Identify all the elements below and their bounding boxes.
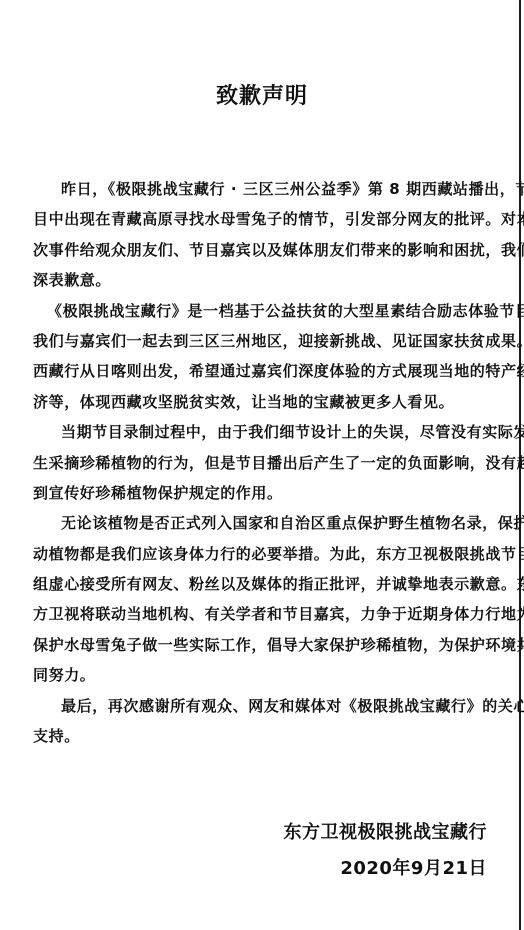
paragraph-line: 保护水母雪兔子做一些实际工作，倡导大家保护珍稀植物，为保护环境共 bbox=[33, 630, 493, 660]
paragraph-line: 西藏行从日喀则出发，希望通过嘉宾们深度体验的方式展现当地的特产经 bbox=[33, 356, 493, 386]
paragraph-line: 到宣传好珍稀植物保护规定的作用。 bbox=[33, 478, 493, 508]
signature-organization: 东方卫视极限挑战宝藏行 bbox=[284, 818, 488, 844]
paragraph-2: 《极限挑战宝藏行》是一档基于公益扶贫的大型星素结合励志体验节目， 我们与嘉宾们一… bbox=[33, 296, 493, 418]
paragraph-line: 目中出现在青藏高原寻找水母雪兔子的情节，引发部分网友的批评。对本 bbox=[33, 204, 493, 234]
paragraph-line: 无论该植物是否正式列入国家和自治区重点保护野生植物名录，保护 bbox=[33, 508, 493, 538]
paragraph-line: 组虚心接受所有网友、粉丝以及媒体的指正批评，并诚挚地表示歉意。东 bbox=[33, 569, 493, 599]
paragraph-line: 最后，再次感谢所有观众、网友和媒体对《极限挑战宝藏行》的关心和 bbox=[33, 691, 493, 721]
paragraph-line: 济等，体现西藏攻坚脱贫实效，让当地的宝藏被更多人看见。 bbox=[33, 387, 493, 417]
paragraph-line: 方卫视将联动当地机构、有关学者和节目嘉宾，力争于近期身体力行地为 bbox=[33, 599, 493, 629]
paragraph-line: 支持。 bbox=[33, 721, 493, 751]
statement-body: 昨日，《极限挑战宝藏行 · 三区三州公益季》第 8 期西藏站播出，节 目中出现在… bbox=[33, 174, 493, 751]
paragraph-line: 动植物都是我们应该身体力行的必要举措。为此，东方卫视极限挑战节目 bbox=[33, 539, 493, 569]
paragraph-line: 我们与嘉宾们一起去到三区三州地区，迎接新挑战、见证国家扶贫成果。 bbox=[33, 326, 493, 356]
paragraph-line: 深表歉意。 bbox=[33, 265, 493, 295]
paragraph-3: 当期节目录制过程中，由于我们细节设计上的失误，尽管没有实际发 生采摘珍稀植物的行… bbox=[33, 417, 493, 508]
paragraph-4: 无论该植物是否正式列入国家和自治区重点保护野生植物名录，保护 动植物都是我们应该… bbox=[33, 508, 493, 690]
paragraph-line: 当期节目录制过程中，由于我们细节设计上的失误，尽管没有实际发 bbox=[33, 417, 493, 447]
signature-date: 2020年9月21日 bbox=[340, 854, 487, 880]
paragraph-line: 《极限挑战宝藏行》是一档基于公益扶贫的大型星素结合励志体验节目， bbox=[33, 296, 493, 326]
paragraph-line: 同努力。 bbox=[33, 660, 493, 690]
paragraph-line: 生采摘珍稀植物的行为，但是节目播出后产生了一定的负面影响，没有起 bbox=[33, 448, 493, 478]
paragraph-1: 昨日，《极限挑战宝藏行 · 三区三州公益季》第 8 期西藏站播出，节 目中出现在… bbox=[33, 174, 493, 296]
paragraph-line: 昨日，《极限挑战宝藏行 · 三区三州公益季》第 8 期西藏站播出，节 bbox=[33, 174, 493, 204]
page-title: 致歉声明 bbox=[0, 81, 524, 113]
paragraph-5: 最后，再次感谢所有观众、网友和媒体对《极限挑战宝藏行》的关心和 支持。 bbox=[33, 691, 493, 752]
paragraph-line: 次事件给观众朋友们、节目嘉宾以及媒体朋友们带来的影响和困扰，我们 bbox=[33, 235, 493, 265]
